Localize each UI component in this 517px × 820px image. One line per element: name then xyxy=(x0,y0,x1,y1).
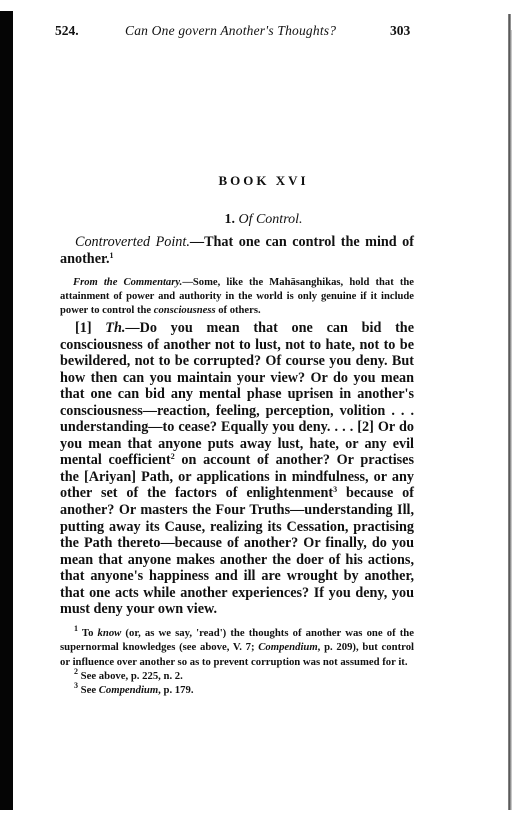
controverted-point: Controverted Point.—That one can control… xyxy=(60,234,414,267)
commentary-text-end: of others. xyxy=(216,305,261,316)
commentary-emphasis: consciousness xyxy=(154,305,216,316)
page-number: 303 xyxy=(390,23,410,39)
footnote-1-emphasis-2: Compendium xyxy=(258,641,317,653)
footnote-3-text: See xyxy=(78,684,99,696)
footnote-3-emphasis: Compendium xyxy=(99,684,158,696)
scan-left-border xyxy=(0,11,13,810)
running-title: Can One govern Another's Thoughts? xyxy=(125,23,336,39)
section-title-number: 1. xyxy=(224,212,235,227)
section-title: 1. Of Control. xyxy=(0,212,517,228)
controverted-point-label: Controverted Point. xyxy=(75,234,190,250)
section-title-name: Of Control. xyxy=(238,212,302,227)
speaker-label: Th. xyxy=(105,320,125,336)
footnote-1: 1 To know (or, as we say, 'read') the th… xyxy=(60,626,414,669)
paragraph-text-3: because of another? Or masters the Four … xyxy=(60,485,414,617)
footnote-3: 3 See Compendium, p. 179. xyxy=(60,683,414,697)
paragraph-marker: [1] xyxy=(75,320,92,336)
scan-right-edge-shadow xyxy=(511,30,512,810)
footnote-2-text: See above, p. 225, n. 2. xyxy=(78,670,183,682)
commentary: From the Commentary.—Some, like the Mahā… xyxy=(60,276,414,318)
running-head: 524. Can One govern Another's Thoughts? … xyxy=(55,23,415,41)
commentary-label: From the Commentary. xyxy=(73,277,182,288)
footnote-2: 2 See above, p. 225, n. 2. xyxy=(60,669,414,683)
footnote-1-text: To xyxy=(78,627,98,639)
footnotes: 1 To know (or, as we say, 'read') the th… xyxy=(60,626,414,697)
main-paragraph: [1] Th.—Do you mean that one can bid the… xyxy=(60,320,414,618)
footnote-ref-1[interactable]: 1 xyxy=(110,251,114,260)
book-title: BOOK XVI xyxy=(0,173,517,189)
footnote-3-text-end: , p. 179. xyxy=(158,684,193,696)
section-number: 524. xyxy=(55,23,79,39)
footnote-1-emphasis: know xyxy=(98,627,122,639)
paragraph-text-1: —Do you mean that one can bid the consci… xyxy=(60,320,414,468)
